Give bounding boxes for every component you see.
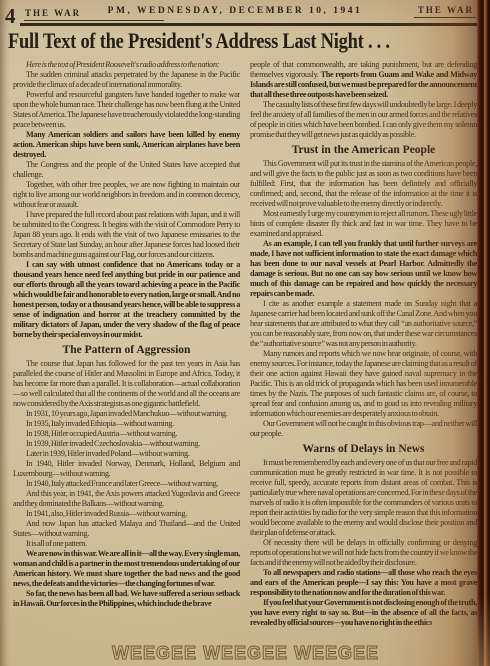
- paragraph: If you feel that your Government is not …: [250, 598, 477, 628]
- paragraph: In 1939, Hitler invaded Czechoslovakia—w…: [13, 439, 240, 449]
- paragraph: And this year, in 1941, the Axis powers …: [13, 489, 240, 509]
- right-column: people of that commonwealth, are taking …: [250, 60, 477, 664]
- paragraph: To all newspapers and radio stations—all…: [250, 568, 477, 598]
- paragraph: Together, with other free peoples, we ar…: [13, 180, 240, 210]
- paragraph: Many American soldiers and sailors have …: [13, 130, 240, 160]
- page-left-shadow: [0, 0, 10, 666]
- subheading: The Pattern of Aggression: [13, 344, 240, 357]
- paragraph: Powerful and resourceful gangsters have …: [13, 90, 240, 130]
- newspaper-page: 4 THE WAR PM, WEDNESDAY, DECEMBER 10, 19…: [0, 0, 490, 666]
- paragraph: And now Japan has attacked Malaya and Th…: [13, 519, 240, 539]
- left-column: Here is the text of President Roosevelt'…: [13, 60, 240, 664]
- paragraph: people of that commonwealth, are taking …: [250, 60, 477, 100]
- paragraph: Many rumors and reports which we now hea…: [250, 349, 477, 419]
- paragraph: I cite as another example a statement ma…: [250, 299, 477, 349]
- paragraph: In 1938, Hitler occupied Austria—without…: [13, 429, 240, 439]
- paragraph: This Government will put its trust in th…: [250, 159, 477, 209]
- paragraph: As an example, I can tell you frankly th…: [250, 239, 477, 299]
- header-thin-rule-right: [414, 17, 476, 18]
- paragraph: Our Government will not be caught in thi…: [250, 419, 477, 439]
- page-headline: Full Text of the President's Address Las…: [8, 28, 390, 54]
- paragraph: Of necessity there will be delays in off…: [250, 538, 477, 568]
- paragraph: The sudden criminal attacks perpetrated …: [13, 70, 240, 90]
- weegee-watermark: WEEGEE WEEGEE WEEGEE: [112, 643, 379, 664]
- paragraph: We are now in this war. We are all in it…: [13, 549, 240, 589]
- paragraph: The Congress and the people of the Unite…: [13, 160, 240, 180]
- dateline: PM, WEDNESDAY, DECEMBER 10, 1941: [0, 6, 470, 16]
- book-spine-fade: [477, 596, 490, 666]
- paragraph: I have prepared the full record about pa…: [13, 210, 240, 260]
- header-thick-rule: [20, 23, 479, 26]
- subheading: Trust in the American People: [250, 144, 477, 157]
- header-thin-rule-left: [24, 20, 164, 21]
- paragraph: I can say with utmost confidence that no…: [13, 260, 240, 340]
- paragraph: In 1935, Italy invaded Ethiopia—without …: [13, 419, 240, 429]
- book-spine-edge: [477, 0, 490, 666]
- paragraph: So far, the news has been all bad. We ha…: [13, 589, 240, 609]
- paragraph: It is all of one pattern.: [13, 539, 240, 549]
- article-body: Here is the text of President Roosevelt'…: [13, 60, 477, 664]
- paragraph: Most earnestly I urge my countrymen to r…: [250, 209, 477, 239]
- paragraph: The casualty lists of these first few da…: [250, 100, 477, 140]
- paragraph: Here is the text of President Roosevelt'…: [13, 60, 240, 70]
- paragraph: In 1941, also, Hitler invaded Russia—wit…: [13, 509, 240, 519]
- section-label-right: THE WAR: [418, 5, 474, 15]
- paragraph: Later in 1939, Hitler invaded Poland—wit…: [13, 449, 240, 459]
- paragraph: In 1931, 10 years ago, Japan invaded Man…: [13, 409, 240, 419]
- paragraph: It must be remembered by each and every …: [250, 458, 477, 538]
- paragraph: The course that Japan has followed for t…: [13, 359, 240, 409]
- subheading: Warns of Delays in News: [250, 443, 477, 456]
- paragraph: In 1940, Italy attacked France and later…: [13, 479, 240, 489]
- paragraph: In 1940, Hitler invaded Norway, Denmark,…: [13, 459, 240, 479]
